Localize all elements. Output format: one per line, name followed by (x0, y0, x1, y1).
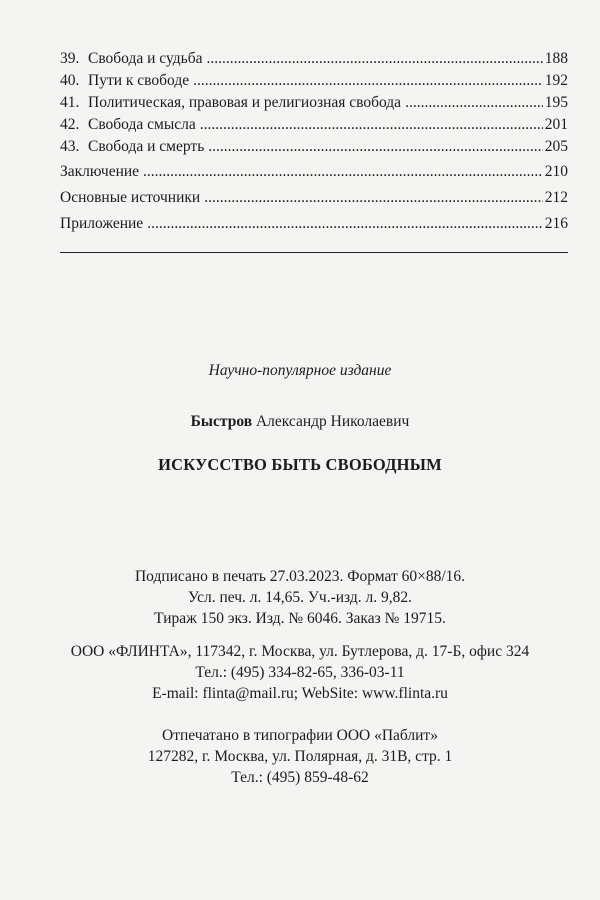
imprint-line: Тираж 150 экз. Изд. № 6046. Заказ № 1971… (0, 608, 600, 629)
toc-leader (208, 136, 542, 158)
toc-entry: 39. Свобода и судьба 188 (60, 48, 568, 70)
toc-page: 192 (545, 70, 568, 92)
imprint-line: Подписано в печать 27.03.2023. Формат 60… (0, 566, 600, 587)
toc-page: 195 (545, 92, 568, 114)
toc-page: 216 (545, 212, 568, 236)
section-divider (60, 252, 568, 253)
toc-entry: 42. Свобода смысла 201 (60, 114, 568, 136)
publisher-block: ООО «ФЛИНТА», 117342, г. Москва, ул. Бут… (0, 641, 600, 704)
toc-leader (204, 186, 543, 210)
edition-type: Научно-популярное издание (0, 362, 600, 380)
toc-title: Политическая, правовая и религиозная сво… (88, 92, 401, 114)
toc-number: 42. (60, 114, 88, 136)
toc-title: Свобода и судьба (88, 48, 202, 70)
toc-number: 41. (60, 92, 88, 114)
toc-title: Свобода и смерть (88, 136, 204, 158)
toc-title: Основные источники (60, 186, 200, 210)
printer-block: Отпечатано в типографии ООО «Паблит» 127… (0, 725, 600, 788)
author-name: Быстров Александр Николаевич (0, 413, 600, 431)
toc-leader (405, 92, 543, 114)
toc-title: Заключение (60, 160, 139, 184)
table-of-contents: 39. Свобода и судьба 188 40. Пути к своб… (60, 48, 568, 236)
toc-leader (200, 114, 543, 136)
printer-name: Отпечатано в типографии ООО «Паблит» (0, 725, 600, 746)
toc-leader (206, 48, 542, 70)
toc-title: Пути к свободе (88, 70, 189, 92)
publisher-phone: Тел.: (495) 334-82-65, 336-03-11 (0, 662, 600, 683)
toc-leader (143, 160, 543, 184)
publisher-address: ООО «ФЛИНТА», 117342, г. Москва, ул. Бут… (0, 641, 600, 662)
toc-entry: 43. Свобода и смерть 205 (60, 136, 568, 158)
toc-page: 201 (545, 114, 568, 136)
toc-entry: Основные источники 212 (60, 186, 568, 210)
toc-leader (147, 212, 543, 236)
imprint-line: Усл. печ. л. 14,65. Уч.-изд. л. 9,82. (0, 587, 600, 608)
printer-phone: Тел.: (495) 859-48-62 (0, 767, 600, 788)
toc-entry: Приложение 216 (60, 212, 568, 236)
author-given-names: Александр Николаевич (256, 413, 409, 430)
toc-entry: 40. Пути к свободе 192 (60, 70, 568, 92)
author-surname: Быстров (191, 413, 252, 430)
toc-page: 212 (545, 186, 568, 210)
toc-page: 205 (545, 136, 568, 158)
toc-number: 39. (60, 48, 88, 70)
imprint-block: Подписано в печать 27.03.2023. Формат 60… (0, 566, 600, 629)
toc-page: 210 (545, 160, 568, 184)
toc-number: 43. (60, 136, 88, 158)
book-title: ИСКУССТВО БЫТЬ СВОБОДНЫМ (0, 455, 600, 475)
toc-title: Свобода смысла (88, 114, 196, 136)
toc-page: 188 (545, 48, 568, 70)
toc-title: Приложение (60, 212, 143, 236)
printer-address: 127282, г. Москва, ул. Полярная, д. 31В,… (0, 746, 600, 767)
publisher-contacts: E-mail: flinta@mail.ru; WebSite: www.fli… (0, 683, 600, 704)
toc-entry: 41. Политическая, правовая и религиозная… (60, 92, 568, 114)
toc-number: 40. (60, 70, 88, 92)
toc-entry: Заключение 210 (60, 160, 568, 184)
toc-leader (193, 70, 543, 92)
